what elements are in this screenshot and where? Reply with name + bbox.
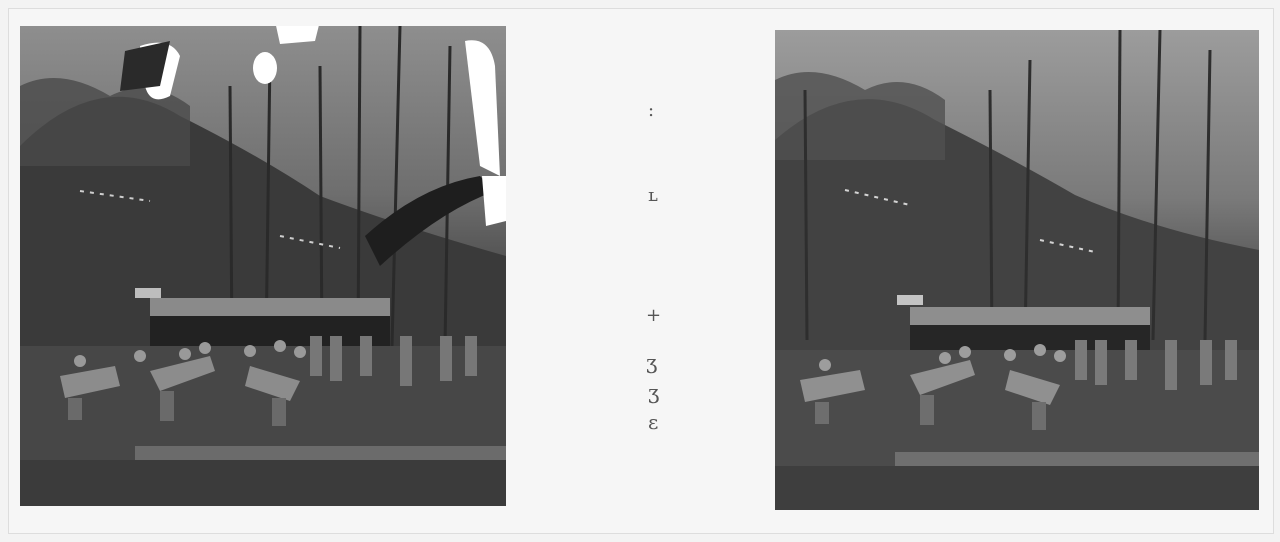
stereo-photograph: : ʟ + ʒ ʒ ɛ (0, 0, 1280, 542)
left-scene (20, 26, 506, 506)
left-stereo-frame (20, 26, 506, 506)
right-scene (775, 30, 1259, 510)
handwritten-inventory-marks: : ʟ + ʒ ʒ ɛ (640, 90, 680, 450)
right-stereo-frame (775, 30, 1259, 510)
